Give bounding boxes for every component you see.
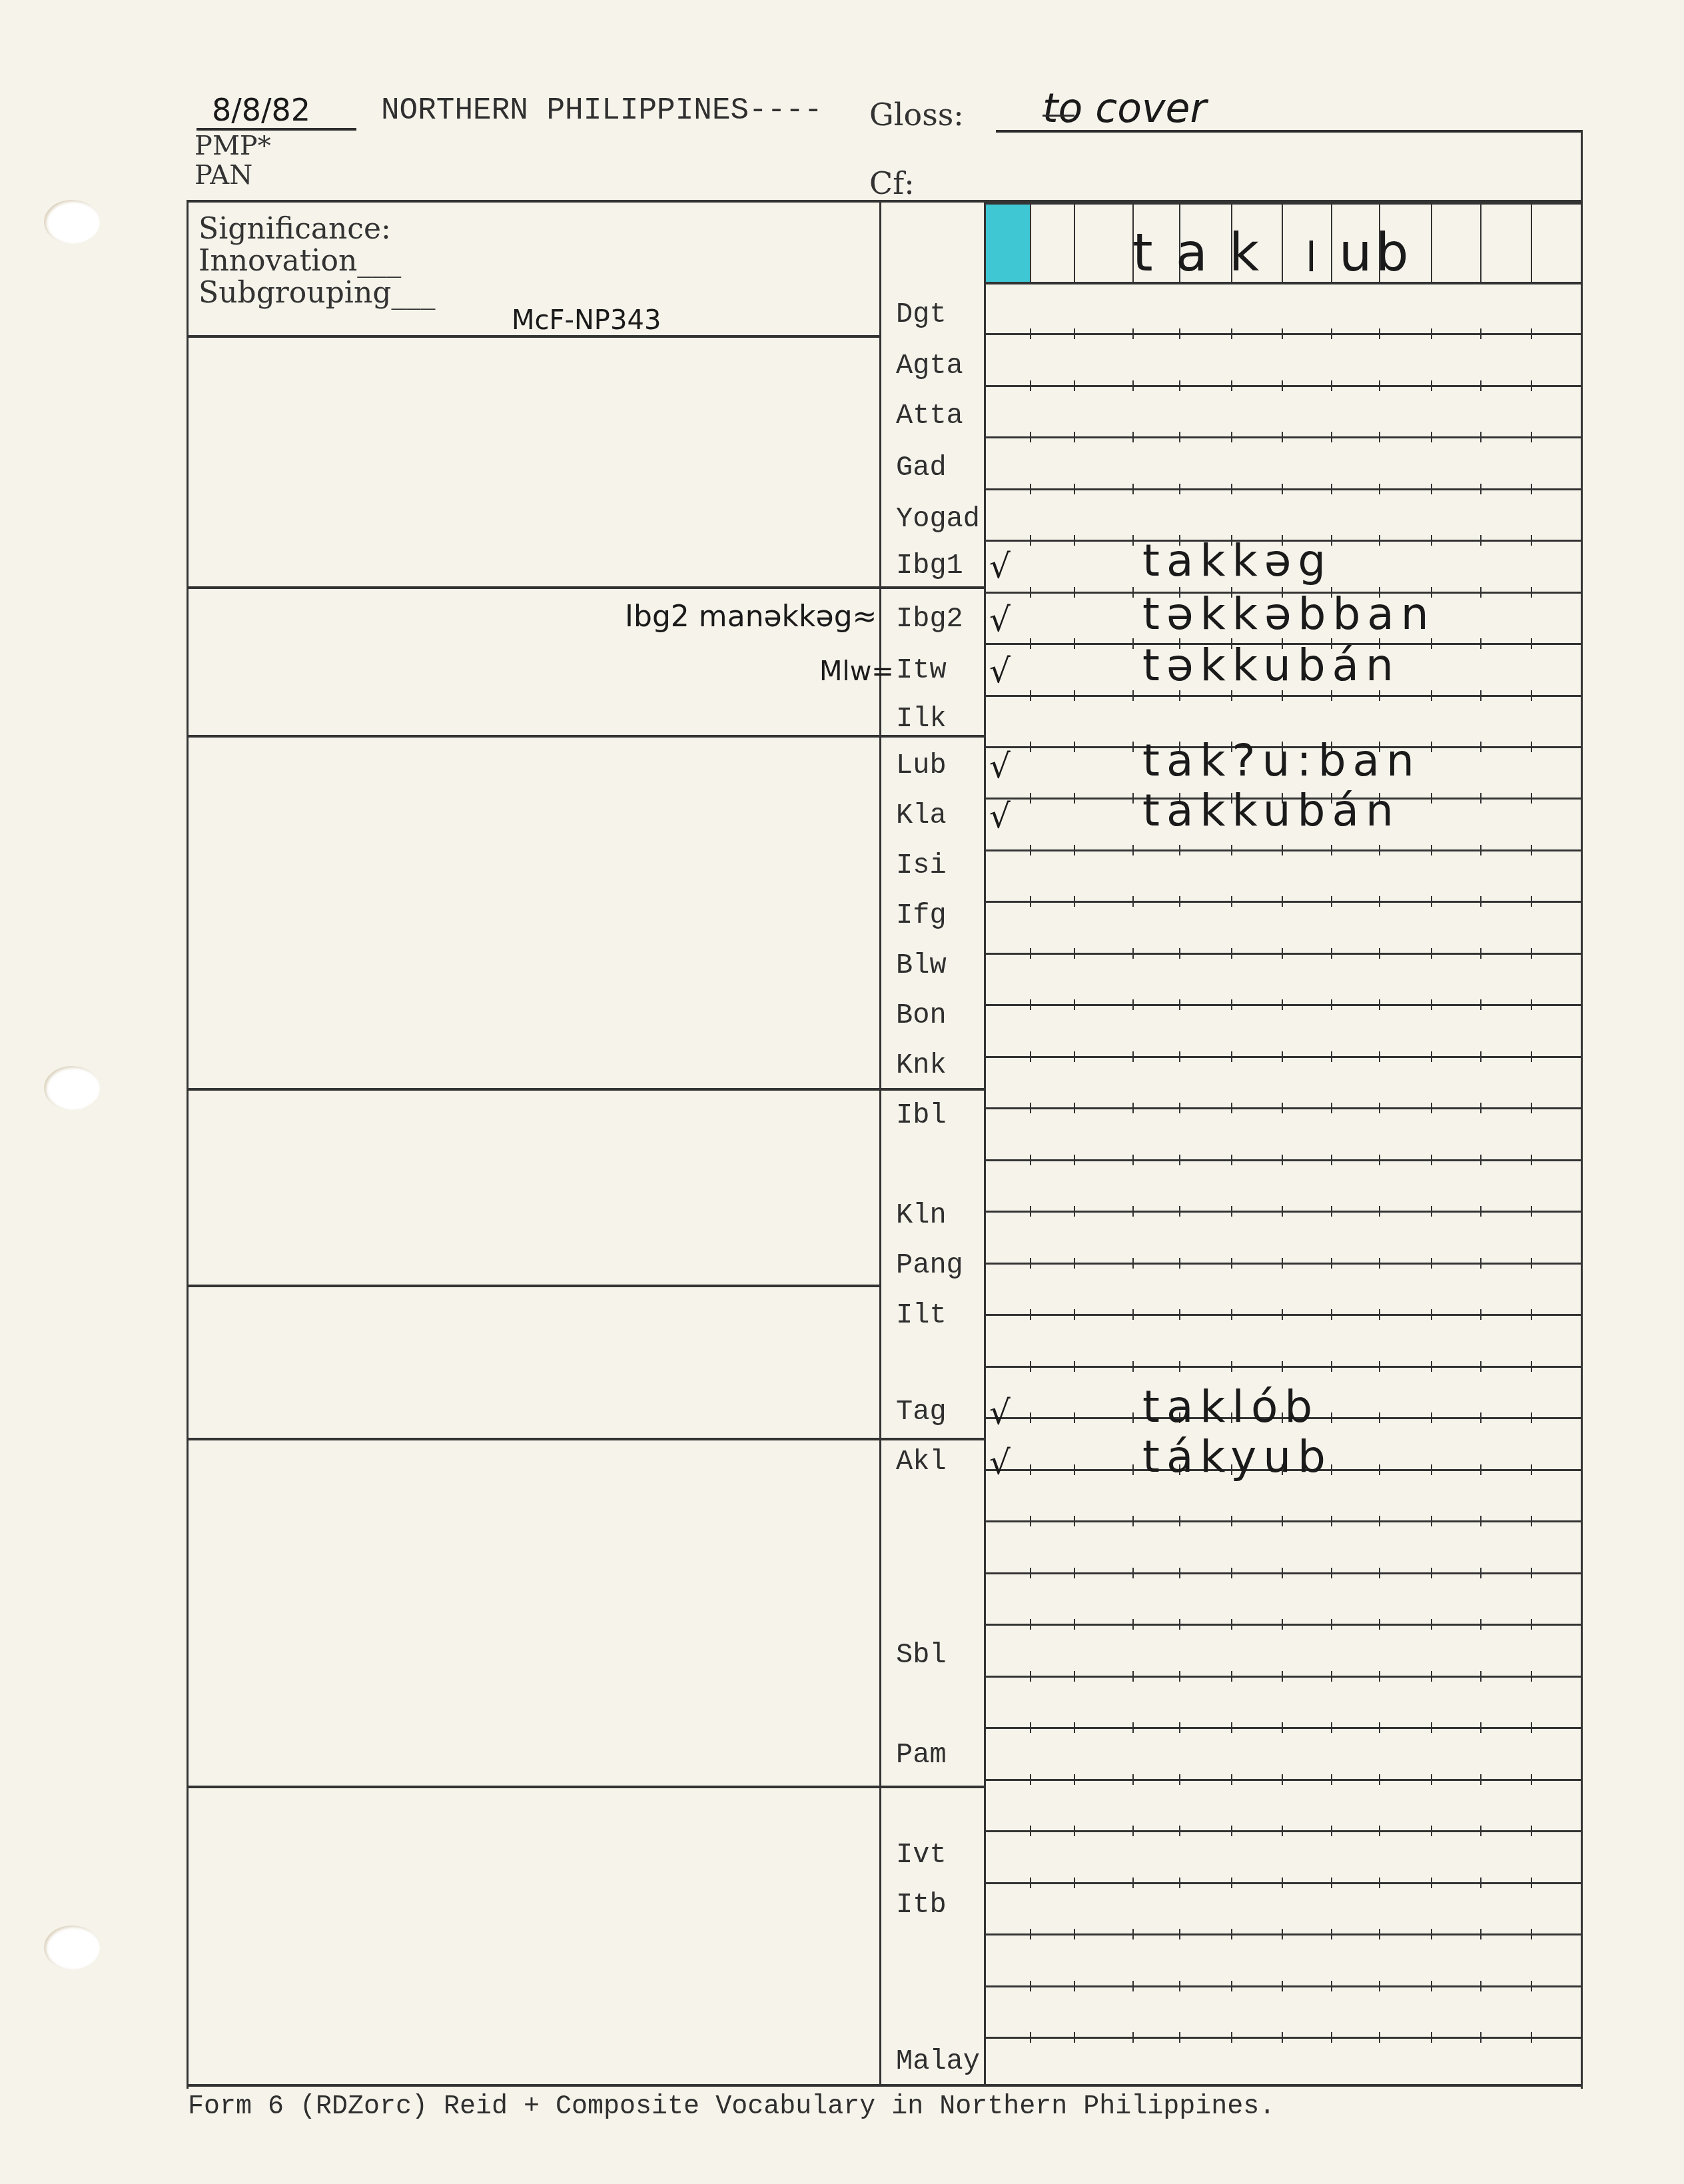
entry-row-line [986, 1366, 1582, 1368]
language-row[interactable] [986, 893, 1582, 937]
column-tick [1431, 1981, 1432, 1991]
column-tick [1132, 1155, 1134, 1165]
reconstruction-letter: k [1229, 223, 1259, 283]
column-tick [1132, 1722, 1134, 1733]
column-tick [1231, 1155, 1232, 1165]
language-label: Lub [896, 750, 947, 782]
header-cell-divider [1074, 202, 1075, 283]
pmp-label: PMP* [195, 131, 271, 161]
column-tick [1074, 1619, 1075, 1630]
language-row[interactable] [986, 393, 1582, 437]
column-tick [1480, 1155, 1481, 1165]
itw-note: Mlw= [819, 656, 894, 687]
language-label: Bon [896, 999, 947, 1031]
language-row[interactable] [986, 943, 1582, 987]
column-tick [1531, 1619, 1532, 1630]
column-tick [1480, 1568, 1481, 1578]
column-tick [1179, 1568, 1180, 1578]
frame-bottom [187, 2084, 1583, 2087]
column-tick [1431, 1155, 1432, 1165]
header-cell-divider [1431, 202, 1432, 283]
language-label: Knk [896, 1049, 947, 1081]
column-tick [1431, 1361, 1432, 1372]
left-divider [187, 1285, 881, 1287]
language-label: Sbl [896, 1639, 947, 1671]
language-label: Tag [896, 1396, 947, 1428]
column-tick [1331, 1722, 1332, 1733]
language-label: Akl [896, 1446, 947, 1478]
region-title: NORTHERN PHILIPPINES---- [381, 93, 823, 128]
column-tick [1331, 1155, 1332, 1165]
language-label: Malay [896, 2045, 980, 2077]
column-tick [1480, 1929, 1481, 1939]
binder-hole-middle [44, 1066, 100, 1110]
column-tick [1030, 1516, 1031, 1526]
binder-hole-top [44, 200, 100, 244]
language-row[interactable] [986, 1043, 1582, 1087]
language-label: Ivt [896, 1839, 947, 1871]
column-tick [1379, 1722, 1380, 1733]
column-tick [1030, 1619, 1031, 1630]
column-tick [1531, 1981, 1532, 1991]
language-label: Itb [896, 1889, 947, 1921]
language-row[interactable] [986, 1243, 1582, 1287]
column-tick [1480, 1361, 1481, 1372]
check-mark-icon: √ [989, 1443, 1011, 1482]
column-tick [1531, 1516, 1532, 1526]
language-label: Ibg1 [896, 550, 963, 582]
language-row[interactable] [986, 1732, 1582, 1776]
check-mark-icon: √ [989, 600, 1011, 639]
column-tick [1282, 1568, 1283, 1578]
column-tick [1231, 1722, 1232, 1733]
header-cell-divider [1331, 202, 1332, 283]
column-tick [1074, 1568, 1075, 1578]
cognate-form: tak?u:ban [1142, 735, 1421, 786]
language-label: Dgt [896, 298, 947, 330]
column-tick [1179, 1619, 1180, 1630]
column-tick [1132, 1619, 1134, 1630]
cognate-form: təkkəbban [1142, 588, 1436, 640]
reconstruction-letter: a [1176, 223, 1208, 283]
left-divider [187, 1088, 986, 1091]
reconstruction-highlight-cell [986, 202, 1030, 283]
column-tick [1480, 1516, 1481, 1526]
language-label: Kla [896, 800, 947, 831]
column-tick [1379, 1929, 1380, 1939]
column-tick [1480, 1619, 1481, 1630]
pan-label: PAN [195, 160, 252, 191]
language-label: Pang [896, 1249, 963, 1281]
column-tick [1074, 1361, 1075, 1372]
gloss-strike [1043, 115, 1074, 117]
column-tick [1074, 1981, 1075, 1991]
entry-row-line [986, 1985, 1582, 1987]
language-row[interactable] [986, 343, 1582, 387]
language-row[interactable] [986, 843, 1582, 887]
binder-hole-bottom [44, 1925, 100, 1969]
column-tick [1132, 1361, 1134, 1372]
column-tick [1074, 1929, 1075, 1939]
left-divider [187, 586, 986, 589]
column-tick [1331, 1516, 1332, 1526]
cognate-form: taklób [1142, 1381, 1319, 1432]
column-tick [1282, 1516, 1283, 1526]
column-tick [1531, 1722, 1532, 1733]
language-row[interactable] [986, 445, 1582, 489]
column-tick [1030, 1568, 1031, 1578]
language-label: Kln [896, 1199, 947, 1231]
entry-row-line [986, 1520, 1582, 1522]
column-tick [1179, 1155, 1180, 1165]
entry-row-line [986, 1779, 1582, 1781]
column-tick [1132, 1929, 1134, 1939]
column-tick [1179, 1361, 1180, 1372]
column-tick [1531, 1929, 1532, 1939]
column-tick [1379, 1361, 1380, 1372]
language-row[interactable] [986, 1193, 1582, 1237]
reconstruction-letter: t [1132, 223, 1153, 283]
column-tick [1030, 1155, 1031, 1165]
date: 8/8/82 [212, 92, 310, 128]
language-row[interactable] [986, 1632, 1582, 1676]
left-divider [187, 1438, 986, 1440]
language-row[interactable] [986, 1293, 1582, 1337]
gloss-label: Gloss: [869, 97, 964, 133]
column-tick [1531, 1568, 1532, 1578]
language-row[interactable] [986, 696, 1582, 740]
language-label: Gad [896, 452, 947, 484]
check-mark-icon: √ [989, 1393, 1011, 1432]
gloss-value: to cover [1043, 85, 1206, 132]
entry-row-line [986, 1624, 1582, 1626]
column-tick [1480, 1722, 1481, 1733]
cf-label: Cf: [869, 165, 915, 201]
column-tick [1431, 1929, 1432, 1939]
column-tick [1030, 1722, 1031, 1733]
column-tick [1431, 1619, 1432, 1630]
column-tick [1179, 1516, 1180, 1526]
language-row[interactable] [986, 993, 1582, 1037]
language-label: Ilt [896, 1299, 947, 1331]
language-row[interactable] [986, 292, 1582, 336]
language-row[interactable] [986, 1093, 1582, 1137]
column-tick [1179, 1981, 1180, 1991]
column-tick [1030, 1981, 1031, 1991]
column-tick [1331, 1929, 1332, 1939]
column-tick [1379, 1155, 1380, 1165]
language-row[interactable] [986, 496, 1582, 540]
column-tick [1030, 1361, 1031, 1372]
language-label: Agta [896, 350, 963, 382]
column-tick [1030, 1929, 1031, 1939]
language-label: Isi [896, 849, 947, 881]
significance-title: Significance: [199, 212, 391, 246]
cognate-form: təkkubán [1142, 640, 1400, 691]
column-tick [1132, 1516, 1134, 1526]
subgrouping-label: Subgrouping___ [199, 276, 435, 310]
language-label: Ibg2 [896, 603, 963, 635]
entry-row-line [986, 1572, 1582, 1574]
column-tick [1231, 1981, 1232, 1991]
language-label: Atta [896, 400, 963, 432]
language-label: Itw [896, 654, 947, 686]
left-divider [187, 1786, 986, 1788]
column-tick [1331, 1361, 1332, 1372]
language-label: Ilk [896, 703, 947, 735]
ibg2-note: Ibg2 manəkkəg≈ [625, 600, 877, 634]
column-tick [1179, 1722, 1180, 1733]
entry-row-line [986, 1727, 1582, 1729]
check-mark-icon: √ [989, 652, 1011, 690]
column-tick [1074, 1155, 1075, 1165]
column-tick [1231, 1619, 1232, 1630]
header-cell-divider [1030, 202, 1031, 283]
column-tick [1231, 1516, 1232, 1526]
column-tick [1379, 1568, 1380, 1578]
innovation-label: Innovation___ [199, 244, 401, 278]
check-mark-icon: √ [989, 547, 1011, 586]
cognate-form: takkubán [1142, 785, 1400, 836]
gloss-underline [996, 130, 1582, 133]
column-tick [1431, 1568, 1432, 1578]
column-tick [1379, 1516, 1380, 1526]
reconstruction-letter: u [1339, 223, 1372, 283]
reconstruction-letter: b [1376, 223, 1409, 283]
left-divider [187, 735, 986, 738]
language-label: Pam [896, 1739, 947, 1771]
column-tick [1074, 1722, 1075, 1733]
label-column-left [879, 200, 881, 2085]
column-tick [1231, 1361, 1232, 1372]
column-tick [1132, 1981, 1134, 1991]
column-tick [1379, 1981, 1380, 1991]
column-tick [1074, 1516, 1075, 1526]
header-cell-divider [1282, 202, 1283, 283]
column-tick [1379, 1619, 1380, 1630]
column-tick [1331, 1568, 1332, 1578]
column-tick [1231, 1568, 1232, 1578]
frame-left [187, 200, 189, 2089]
cognate-form: takkəg [1142, 535, 1332, 586]
check-mark-icon: √ [989, 797, 1011, 835]
language-label: Yogad [896, 503, 980, 535]
column-tick [1132, 1568, 1134, 1578]
column-tick [1480, 1981, 1481, 1991]
column-tick [1331, 1981, 1332, 1991]
left-divider [187, 335, 881, 338]
check-mark-icon: √ [989, 747, 1011, 786]
form-footer: Form 6 (RDZorc) Reid + Composite Vocabul… [188, 2092, 1275, 2122]
entry-row-line [986, 1159, 1582, 1161]
column-tick [1531, 1361, 1532, 1372]
language-label: Blw [896, 949, 947, 981]
column-tick [1431, 1516, 1432, 1526]
reconstruction-letter: l [1306, 235, 1317, 281]
language-label: Ifg [896, 899, 947, 931]
column-tick [1431, 1722, 1432, 1733]
column-tick [1282, 1929, 1283, 1939]
language-label: Ibl [896, 1099, 947, 1131]
language-row[interactable] [986, 1832, 1582, 1876]
column-tick [1179, 1929, 1180, 1939]
column-tick [1282, 1619, 1283, 1630]
column-tick [1282, 1155, 1283, 1165]
reference-code: McF-NP343 [512, 305, 661, 336]
header-cell-divider [1531, 202, 1532, 283]
column-tick [1531, 1155, 1532, 1165]
column-tick [1282, 1361, 1283, 1372]
cognate-form: tákyub [1142, 1431, 1332, 1482]
column-tick [1231, 1929, 1232, 1939]
column-tick [1282, 1722, 1283, 1733]
language-row[interactable] [986, 1882, 1582, 1926]
entry-row-line [986, 1933, 1582, 1935]
header-cell-divider [1480, 202, 1481, 283]
language-row[interactable] [986, 2039, 1582, 2083]
column-tick [1282, 1981, 1283, 1991]
column-tick [1331, 1619, 1332, 1630]
